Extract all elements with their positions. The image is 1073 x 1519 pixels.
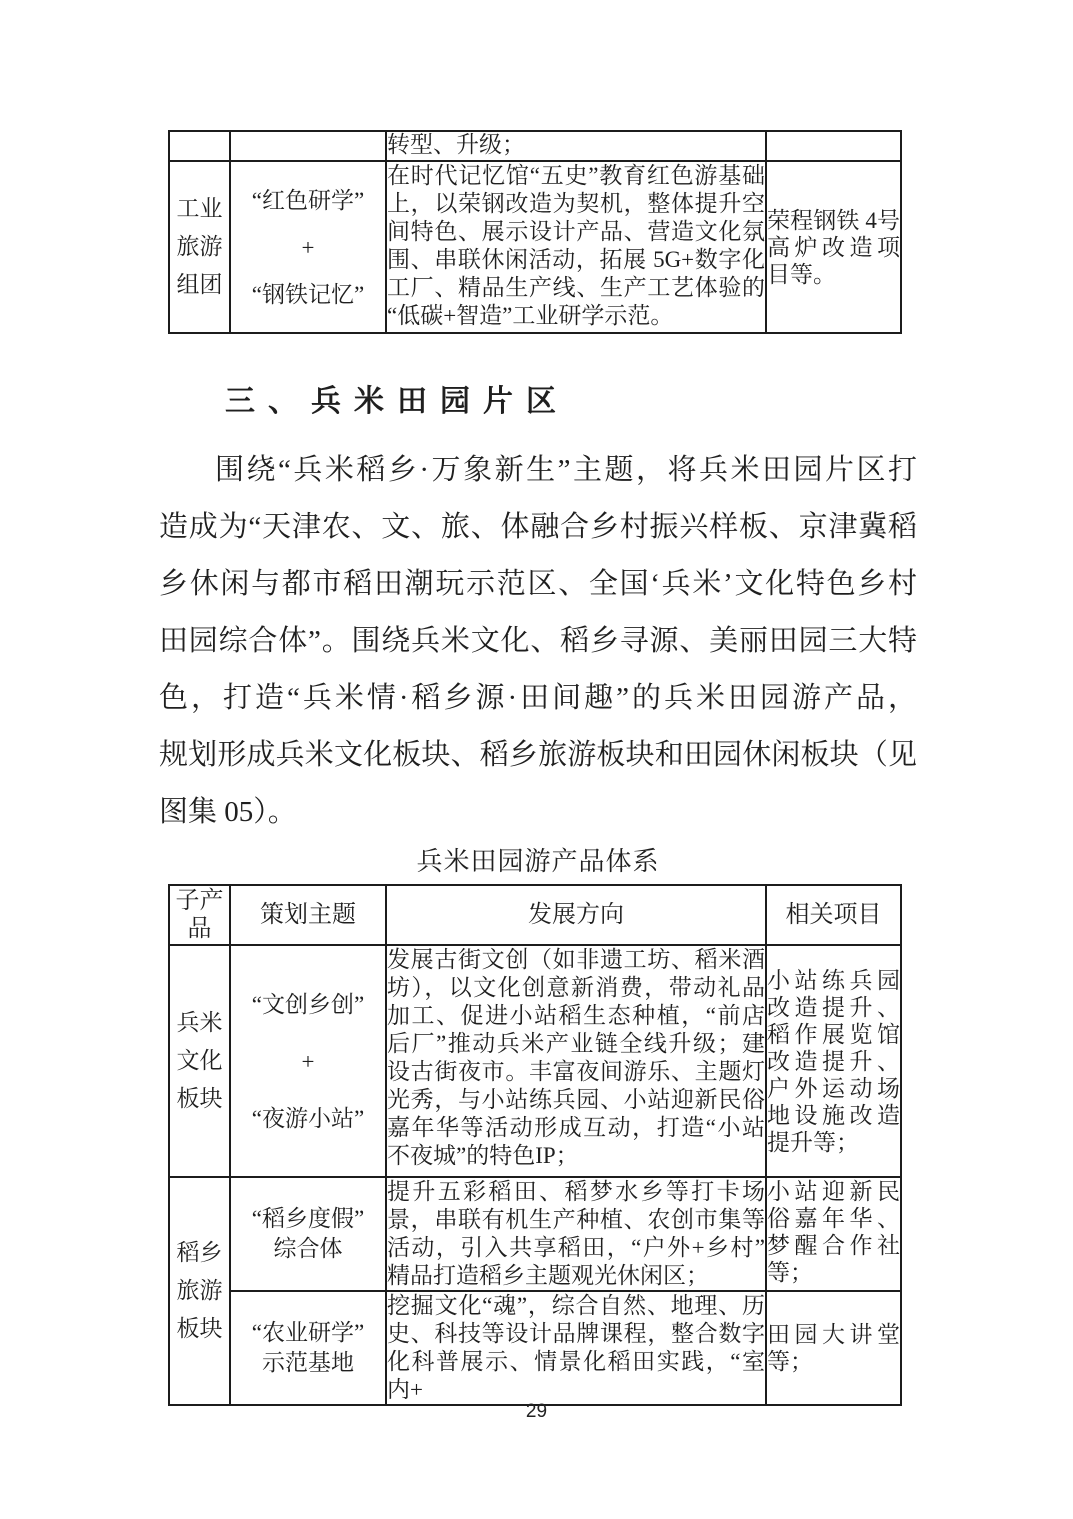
theme-plus: + — [231, 224, 385, 271]
theme-line: 综合体 — [231, 1234, 385, 1264]
paragraph-line: 乡休闲与都市稻田潮玩示范区、全国‘兵米’文化特色乡村 — [159, 556, 917, 613]
header-subproduct: 子产品 — [169, 885, 230, 945]
cell-projects: 田园大讲堂等； — [766, 1291, 901, 1405]
paragraph-line: 规划形成兵米文化板块、稻乡旅游板块和田园休闲板块（见 — [159, 727, 917, 784]
paragraph-line: 图集 05）。 — [159, 784, 917, 841]
table-title: 兵米田园游产品体系 — [159, 841, 917, 878]
theme-line: “红色研学” — [231, 177, 385, 224]
theme-plus: + — [231, 1033, 385, 1090]
cell-projects: 小站练兵园改造提升、稻作展览馆改造提升、户外运动场地设施改造提升等； — [766, 945, 901, 1177]
theme-line: 示范基地 — [231, 1348, 385, 1378]
table-header-row: 子产品 策划主题 发展方向 相关项目 — [169, 885, 901, 945]
theme-line: “夜游小站” — [231, 1090, 385, 1147]
cell-projects-empty — [766, 131, 901, 161]
header-projects: 相关项目 — [766, 885, 901, 945]
header-theme: 策划主题 — [230, 885, 386, 945]
section-heading: 三、兵米田园片区 — [225, 376, 569, 420]
cell-direction: 发展古街文创（如非遗工坊、稻米酒坊），以文化创意新消费，带动礼品加工、促进小站稻… — [386, 945, 766, 1177]
page-number: 29 — [0, 1401, 1073, 1423]
table-row: 工业旅游组团 “红色研学” + “钢铁记忆” 在时代记忆馆“五史”教育红色游基础… — [169, 161, 901, 333]
cell-subproduct-empty — [169, 131, 230, 161]
cell-direction: 提升五彩稻田、稻梦水乡等打卡场景，串联有机生产种植、农创市集等活动，引入共享稻田… — [386, 1177, 766, 1291]
cell-subproduct: 兵米文化板块 — [169, 945, 230, 1177]
table-row: 兵米文化板块 “文创乡创” + “夜游小站” 发展古街文创（如非遗工坊、稻米酒坊… — [169, 945, 901, 1177]
cell-projects: 小站迎新民俗嘉年华、梦醒合作社等； — [766, 1177, 901, 1291]
table-row: “农业研学” 示范基地 挖掘文化“魂”，综合自然、地理、历史、科技等设计品牌课程… — [169, 1291, 901, 1405]
paragraph-line: 色，打造“兵米情·稻乡源·田间趣”的兵米田园游产品， — [159, 670, 917, 727]
cell-direction: 转型、升级； — [386, 131, 766, 161]
cell-direction: 在时代记忆馆“五史”教育红色游基础上，以荣钢改造为契机，整体提升空间特色、展示设… — [386, 161, 766, 333]
cell-direction: 挖掘文化“魂”，综合自然、地理、历史、科技等设计品牌课程，整合数字化科普展示、情… — [386, 1291, 766, 1405]
paragraph-line: 造成为“天津农、文、旅、体融合乡村振兴样板、京津冀稻 — [159, 499, 917, 556]
paragraph-line: 田园综合体”。围绕兵米文化、稻乡寻源、美丽田园三大特 — [159, 613, 917, 670]
cell-subproduct: 稻乡旅游板块 — [169, 1177, 230, 1405]
theme-line: “稻乡度假” — [231, 1204, 385, 1234]
table-row: 稻乡旅游板块 “稻乡度假” 综合体 提升五彩稻田、稻梦水乡等打卡场景，串联有机生… — [169, 1177, 901, 1291]
industrial-tourism-table: 转型、升级； 工业旅游组团 “红色研学” + “钢铁记忆” 在时代记忆馆“五史”… — [168, 130, 902, 334]
cell-theme: “稻乡度假” 综合体 — [230, 1177, 386, 1291]
cell-theme: “文创乡创” + “夜游小站” — [230, 945, 386, 1177]
paragraph-line: 围绕“兵米稻乡·万象新生”主题，将兵米田园片区打 — [159, 442, 917, 499]
cell-theme: “农业研学” 示范基地 — [230, 1291, 386, 1405]
cell-theme: “红色研学” + “钢铁记忆” — [230, 161, 386, 333]
document-page: 转型、升级； 工业旅游组团 “红色研学” + “钢铁记忆” 在时代记忆馆“五史”… — [0, 0, 1073, 1519]
cell-projects: 荣程钢铁 4号高炉改造项目等。 — [766, 161, 901, 333]
theme-line: “农业研学” — [231, 1318, 385, 1348]
table-row: 转型、升级； — [169, 131, 901, 161]
theme-line: “钢铁记忆” — [231, 271, 385, 318]
body-paragraph: 围绕“兵米稻乡·万象新生”主题，将兵米田园片区打 造成为“天津农、文、旅、体融合… — [159, 442, 917, 841]
header-direction: 发展方向 — [386, 885, 766, 945]
cell-subproduct: 工业旅游组团 — [169, 161, 230, 333]
cell-theme-empty — [230, 131, 386, 161]
theme-line: “文创乡创” — [231, 976, 385, 1033]
product-system-table: 子产品 策划主题 发展方向 相关项目 兵米文化板块 “文创乡创” + “夜游小站… — [168, 884, 902, 1406]
